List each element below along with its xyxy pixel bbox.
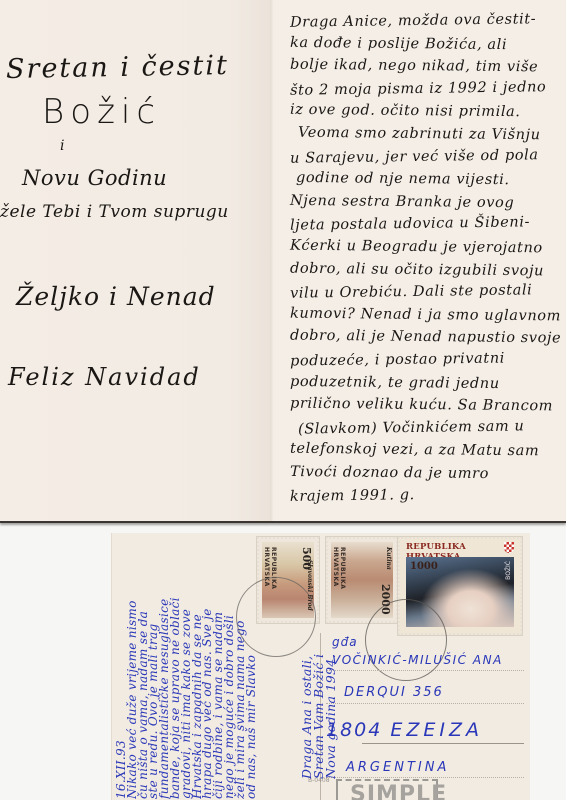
address-line-rule	[326, 670, 524, 671]
greeting-signature: Željko i Nenad	[16, 282, 216, 311]
postcard: 16.XII.93.Nikako već duže vrijeme nismoč…	[112, 533, 530, 800]
card-right-panel: Draga Anice, možda ova čestit-ka dođe i …	[274, 0, 566, 521]
letter-line: bolje ikad, nego nikad, tim više	[290, 58, 538, 75]
letter-line: što 2 moja pisma iz 1992 i jedno	[290, 80, 546, 98]
simple-postal-stamp: SIMPLE	[336, 779, 438, 800]
greeting-line-spanish: Feliz Navidad	[8, 363, 201, 391]
greeting-line-and: i	[60, 138, 65, 154]
letter-line: Njena sestra Branka je ovog	[290, 194, 514, 211]
letter-line: poduzeće, i postao privatni	[290, 351, 505, 369]
greeting-card: Sretan i čestit Božić i Novu Godinu žele…	[0, 0, 566, 523]
handwritten-letter: Draga Anice, možda ova čestit-ka dođe i …	[290, 14, 566, 514]
stamp-caption: BOŽIĆ	[505, 561, 512, 580]
stamp-country: REPUBLIKA HRVATSKA	[332, 547, 346, 621]
address-street: DERQUI 356	[344, 685, 444, 700]
coat-of-arms-icon	[504, 542, 514, 553]
greeting-line-merry: Sretan i čestit	[6, 50, 229, 85]
greeting-line-christmas: Božić	[42, 92, 161, 132]
postmark-circle	[365, 599, 447, 681]
letter-line: vilu u Orebiću. Dali ste postali	[290, 283, 533, 301]
postcard-greeting-line: Nova godina 1994.	[324, 629, 338, 779]
address-city-line: 1804 EZEIZA	[326, 719, 483, 741]
letter-line: Draga Anice, možda ova čestit-	[290, 12, 536, 30]
address-line-rule	[326, 777, 524, 778]
letter-line: iz ove god. očito nisi primila.	[290, 103, 521, 120]
card-left-panel: Sretan i čestit Božić i Novu Godinu žele…	[0, 0, 270, 521]
letter-line: Veoma smo zabrinuti za Višnju	[298, 126, 541, 143]
letter-line: prilično veliku kuću. Sa Brancom	[290, 397, 553, 414]
letter-line: ljeta postala udovica u Šibeni-	[290, 216, 530, 234]
letter-line: godine od nje nema vijesti.	[296, 171, 510, 188]
letter-line: krajem 1991. g.	[290, 488, 415, 504]
letter-line: ka dođe i poslije Božića, ali	[290, 35, 507, 52]
letter-line: dobro, ali su očito izgubili svoju	[290, 261, 544, 278]
letter-line: telefonskoj vezi, a za Matu sam	[290, 442, 539, 459]
stamp-caption: Kutina	[385, 547, 392, 570]
postcard-message-line: od nas, naš mir Slavko	[244, 537, 258, 799]
greeting-line-wishes: žele Tebi i Tvom suprugu	[0, 202, 229, 222]
address-name: VOČINKIĆ-MILUŠIĆ ANA	[332, 653, 503, 667]
letter-line: kumovi? Nenad i ja smo uglavnom	[290, 306, 561, 323]
address-line-rule	[362, 743, 524, 744]
address-line-rule	[326, 703, 524, 704]
letter-line: dobro, ali je Nenad napustio svoje	[290, 329, 561, 346]
greeting-line-new-year: Novu Godinu	[22, 166, 167, 190]
letter-line: poduzetnik, te gradi jednu	[290, 374, 500, 391]
simple-stamp-text: SIMPLE	[350, 782, 447, 800]
address-country: ARGENTINA	[346, 760, 449, 775]
letter-line: Tivoći doznao da je umro	[290, 465, 489, 482]
letter-line: u Sarajevu, jer već više od pola	[290, 148, 539, 166]
address-city: EZEIZA	[390, 719, 483, 741]
letter-line: Kćerki u Beogradu je vjerojatno	[290, 239, 543, 256]
stamp-value: 1000	[410, 561, 438, 572]
letter-line: (Slavkom) Vočinkićem sam u	[298, 419, 525, 437]
